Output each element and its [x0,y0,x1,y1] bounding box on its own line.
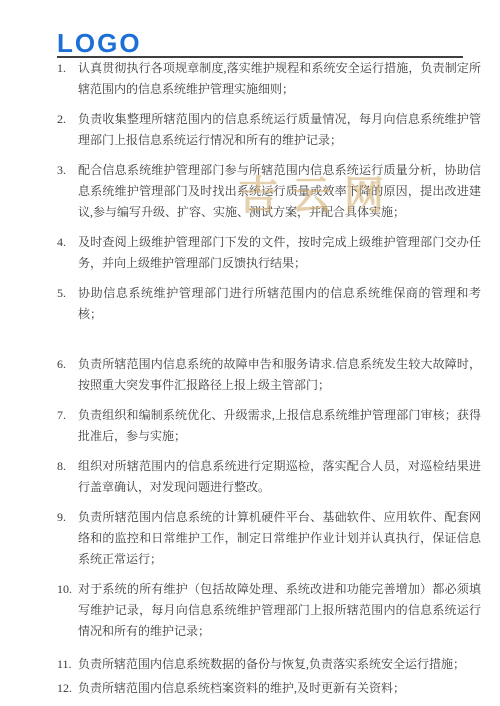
list-item: 9.负责所辖范围内信息系统的计算机硬件平台、基础软件、应用软件、配套网络和的监控… [57,507,481,570]
list-item: 2.负责收集整理所辖范围内的信息系统运行质量情况，每月向信息系统维护管理部门上报… [57,109,481,151]
document-page: LOGO 1.认真贯彻执行各项规章制度,落实维护规程和系统安全运行措施，负责制定… [0,0,500,706]
item-text: 负责收集整理所辖范围内的信息系统运行质量情况，每月向信息系统维护管理部门上报信息… [78,109,481,151]
item-text: 负责所辖范围内信息系统档案资料的维护,及时更新有关资料； [78,678,481,699]
item-number: 3. [57,160,78,223]
item-number: 11. [57,654,78,675]
item-text: 配合信息系统维护管理部门参与所辖范围内信息系统运行质量分析，协助信息系统维护管理… [78,160,481,223]
list-item: 6.负责所辖范围内信息系统的故障申告和服务请求.信息系统发生较大故障时，按照重大… [57,354,481,396]
list-item: 8.组织对所辖范围内的信息系统进行定期巡检，落实配合人员，对巡检结果进行盖章确认… [57,456,481,498]
item-number: 7. [57,405,78,447]
list-item: 4.及时查阅上级维护管理部门下发的文件，按时完成上级维护管理部门交办任务，并向上… [57,232,481,274]
item-text: 组织对所辖范围内的信息系统进行定期巡检，落实配合人员，对巡检结果进行盖章确认，对… [78,456,481,498]
company-logo: LOGO [57,31,142,55]
list-item: 10.对于系统的所有维护（包括故障处理、系统改进和功能完善增加）都必须填写维护记… [57,579,481,642]
item-text: 负责所辖范围内信息系统的故障申告和服务请求.信息系统发生较大故障时，按照重大突发… [78,354,481,396]
list-item: 12.负责所辖范围内信息系统档案资料的维护,及时更新有关资料； [57,678,481,699]
list-item: 11.负责所辖范围内信息系统数据的备份与恢复,负责落实系统安全运行措施； [57,654,481,675]
item-number: 9. [57,507,78,570]
item-text: 负责组织和编制系统优化、升级需求,上报信息系统维护管理部门审核；获得批准后，参与… [78,405,481,447]
item-number: 10. [57,579,78,642]
item-text: 认真贯彻执行各项规章制度,落实维护规程和系统安全运行措施，负责制定所辖范围内的信… [78,58,481,100]
item-number: 12. [57,678,78,699]
duty-list: 1.认真贯彻执行各项规章制度,落实维护规程和系统安全运行措施，负责制定所辖范围内… [57,58,481,699]
item-number: 6. [57,354,78,396]
item-text: 负责所辖范围内信息系统的计算机硬件平台、基础软件、应用软件、配套网络和的监控和日… [78,507,481,570]
item-text: 协助信息系统维护管理部门进行所辖范围内的信息系统维保商的管理和考核； [78,283,481,325]
item-number: 5. [57,283,78,325]
item-number: 2. [57,109,78,151]
item-text: 负责所辖范围内信息系统数据的备份与恢复,负责落实系统安全运行措施； [78,654,481,675]
list-item: 7.负责组织和编制系统优化、升级需求,上报信息系统维护管理部门审核；获得批准后，… [57,405,481,447]
item-text: 及时查阅上级维护管理部门下发的文件，按时完成上级维护管理部门交办任务，并向上级维… [78,232,481,274]
item-number: 8. [57,456,78,498]
list-item: 3.配合信息系统维护管理部门参与所辖范围内信息系统运行质量分析，协助信息系统维护… [57,160,481,223]
list-item: 5.协助信息系统维护管理部门进行所辖范围内的信息系统维保商的管理和考核； [57,283,481,325]
item-text: 对于系统的所有维护（包括故障处理、系统改进和功能完善增加）都必须填写维护记录，每… [78,579,481,642]
list-item: 1.认真贯彻执行各项规章制度,落实维护规程和系统安全运行措施，负责制定所辖范围内… [57,58,481,100]
item-number: 4. [57,232,78,274]
item-number: 1. [57,58,78,100]
